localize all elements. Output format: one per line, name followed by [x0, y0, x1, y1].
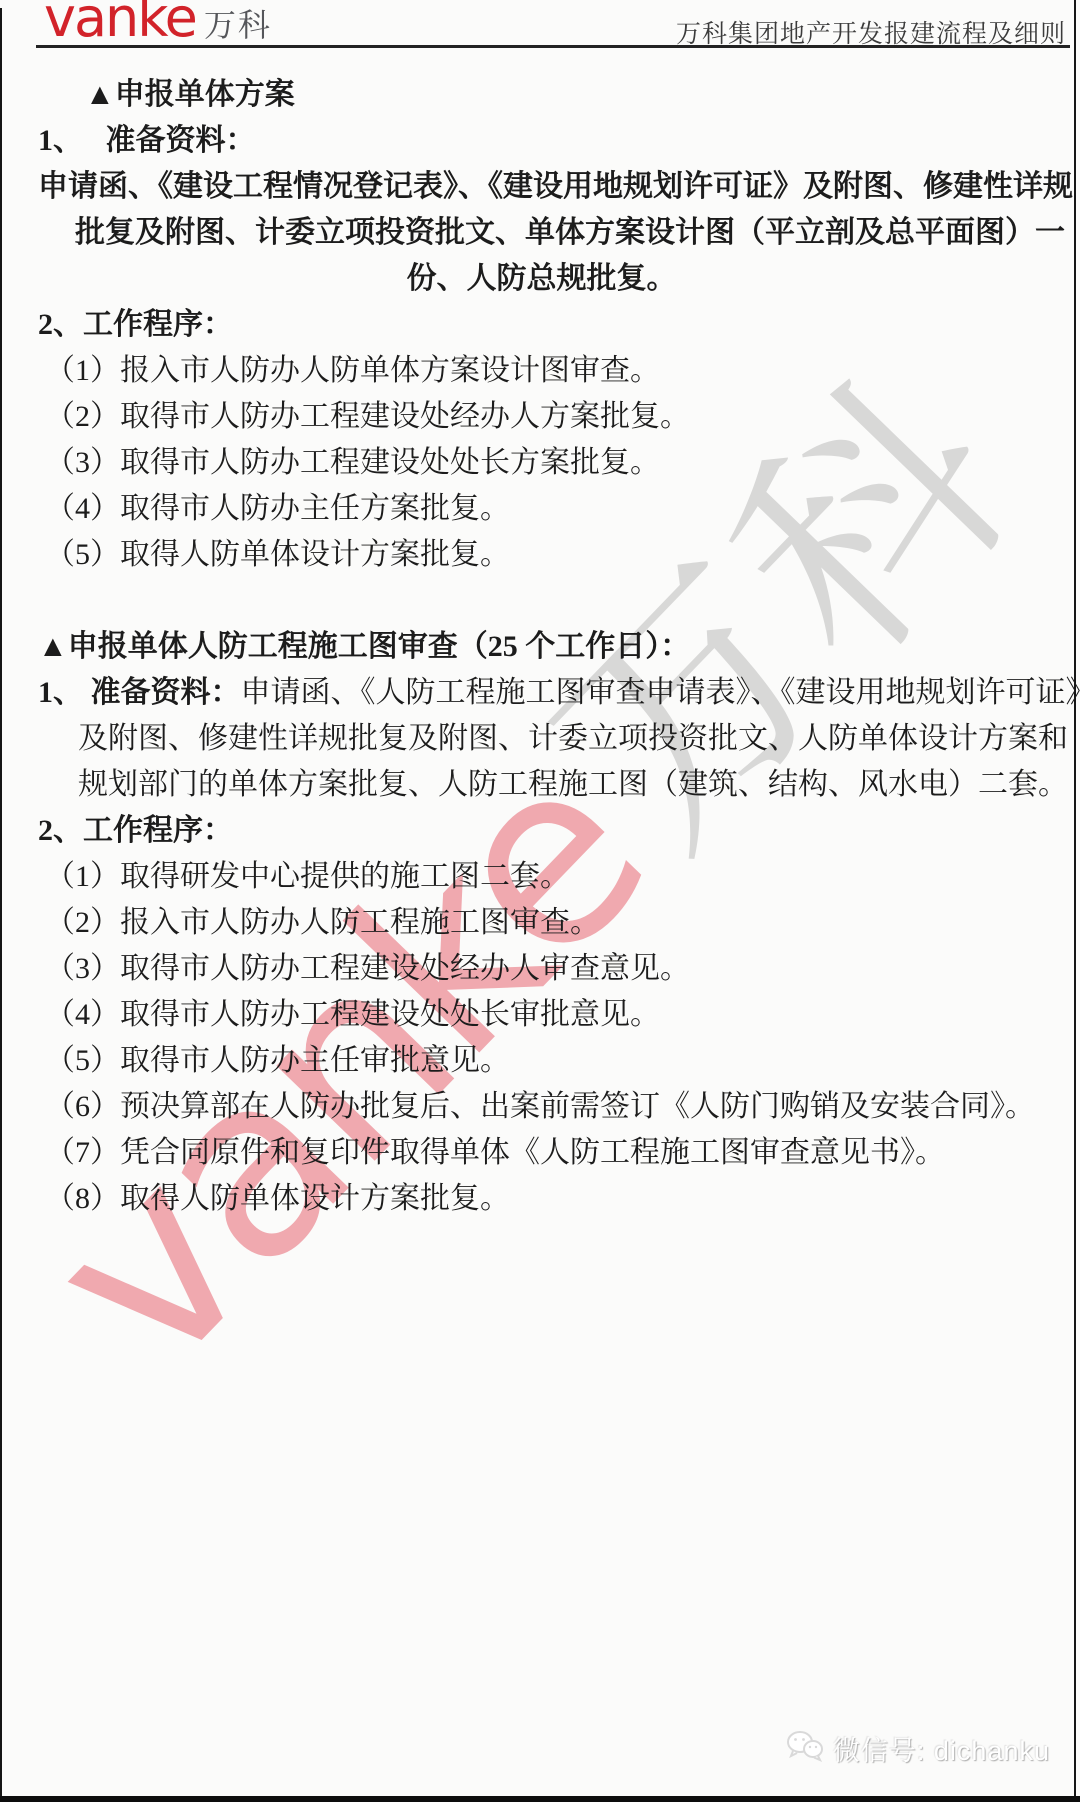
section-heading: ▲申报单体人防工程施工图审查（25 个工作日）：: [38, 624, 1045, 670]
vanke-logo-cjk: 万科: [204, 6, 272, 44]
document-section: ▲申报单体方案1、 准备资料：申请函、《建设工程情况登记表》、《建设用地规划许可…: [38, 72, 1045, 578]
text-line: （4）取得市人防办工程建设处处长审批意见。: [45, 992, 1045, 1038]
text-line: 批复及附图、计委立项投资批文、单体方案设计图（平立剖及总平面图）一: [75, 210, 1045, 256]
text-line: 2、工作程序：: [38, 808, 1045, 854]
text-line: 1、 准备资料：申请函、《人防工程施工图审查申请表》、《建设用地规划许可证》: [38, 670, 1045, 716]
text-line: （5）取得人防单体设计方案批复。: [45, 532, 1045, 578]
text-line: 份、人防总规批复。: [38, 256, 1045, 302]
wechat-icon: [785, 1729, 825, 1768]
text-line: 规划部门的单体方案批复、人防工程施工图（建筑、结构、风水电）二套。: [78, 762, 1045, 808]
wechat-id-label: 微信号: dichanku: [833, 1729, 1050, 1768]
text-line: （1）报入市人防办人防单体方案设计图审查。: [45, 348, 1045, 394]
text-line: 申请函、《建设工程情况登记表》、《建设用地规划许可证》及附图、修建性详规: [38, 164, 1045, 210]
page-header: vanke万科 万科集团地产开发报建流程及细则: [0, 0, 1080, 48]
text-line: 1、 准备资料：: [38, 118, 1045, 164]
page-bottom-edge: [0, 1796, 1080, 1802]
document-body: ▲申报单体方案1、 准备资料：申请函、《建设工程情况登记表》、《建设用地规划许可…: [38, 72, 1045, 1222]
text-line: 2、工作程序：: [38, 302, 1045, 348]
text-line: （2）报入市人防办人防工程施工图审查。: [45, 900, 1045, 946]
vanke-logo: vanke万科: [44, 0, 272, 49]
text-line: （3）取得市人防办工程建设处经办人审查意见。: [45, 946, 1045, 992]
text-line: （1）取得研发中心提供的施工图二套。: [45, 854, 1045, 900]
text-line: （8）取得人防单体设计方案批复。: [45, 1176, 1045, 1222]
text-line: 及附图、修建性详规批复及附图、计委立项投资批文、人防单体设计方案和: [78, 716, 1045, 762]
line-text: 申请函、《人防工程施工图审查申请表》、《建设用地规划许可证》: [241, 676, 1080, 709]
document-section: ▲申报单体人防工程施工图审查（25 个工作日）：1、 准备资料：申请函、《人防工…: [38, 624, 1045, 1222]
page-right-edge: [1074, 0, 1076, 1802]
page-left-edge: [0, 8, 2, 1802]
line-bold-prefix: 1、 准备资料：: [38, 676, 241, 709]
section-heading: ▲申报单体方案: [85, 72, 1045, 118]
header-divider: [36, 45, 1070, 48]
text-line: （5）取得市人防办主任审批意见。: [45, 1038, 1045, 1084]
text-line: （4）取得市人防办主任方案批复。: [45, 486, 1045, 532]
text-line: （2）取得市人防办工程建设处经办人方案批复。: [45, 394, 1045, 440]
text-line: （3）取得市人防办工程建设处处长方案批复。: [45, 440, 1045, 486]
vanke-logo-wordmark: vanke: [44, 0, 196, 49]
page-footer: 微信号: dichanku: [785, 1729, 1050, 1768]
text-line: （6）预决算部在人防办批复后、出案前需签订《人防门购销及安装合同》。: [45, 1084, 1045, 1130]
text-line: （7）凭合同原件和复印件取得单体《人防工程施工图审查意见书》。: [45, 1130, 1045, 1176]
